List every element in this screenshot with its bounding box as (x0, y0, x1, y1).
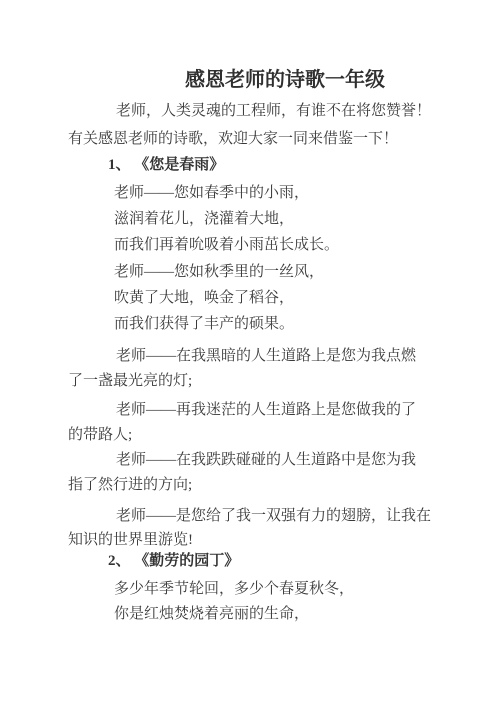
text-line: 多少年季节轮回，多少个春夏秋冬， (114, 581, 354, 598)
text-line: 老师——在我黑暗的人生道路上是您为我点燃 (116, 348, 416, 365)
text-line: 而我们再着吮吸着小雨茁长成长。 (114, 237, 339, 254)
page-title: 感恩老师的诗歌一年级 (185, 63, 385, 92)
section-heading: 2、 《勤劳的园丁》 (108, 553, 239, 570)
text-line: 的带路人; (68, 427, 132, 444)
text-line: 老师——在我跌跌碰碰的人生道路中是您为我 (116, 452, 416, 469)
text-line: 老师——您如秋季里的一丝风， (114, 264, 324, 281)
text-line: 指了然行进的方向; (68, 477, 192, 494)
text-line: 滋润着花儿，浇灌着大地， (114, 211, 294, 228)
text-line: 你是红烛焚烧着亮丽的生命， (114, 606, 309, 623)
text-line: 而我们获得了丰产的硕果。 (114, 316, 294, 333)
text-line: 吹黄了大地，唤金了稻谷， (114, 290, 294, 307)
text-line: 知识的世界里游览! (68, 532, 193, 549)
section-heading: 1、 《您是春雨》 (108, 157, 224, 174)
text-line: 老师——再我迷茫的人生道路上是您做我的了 (116, 402, 416, 419)
text-line: 老师——您如春季中的小雨， (114, 185, 309, 202)
document-page: 感恩老师的诗歌一年级 老师，人类灵魂的工程师，有谁不在将您赞誉！ 有关感恩老师的… (0, 0, 500, 708)
text-line: 有关感恩老师的诗歌，欢迎大家一同来借鉴一下！ (68, 131, 398, 148)
text-line: 老师，人类灵魂的工程师，有谁不在将您赞誉！ (116, 103, 431, 120)
text-line: 老师——是您给了我一双强有力的翅膀，让我在 (116, 508, 431, 525)
text-line: 了一盏最光亮的灯; (68, 373, 192, 390)
